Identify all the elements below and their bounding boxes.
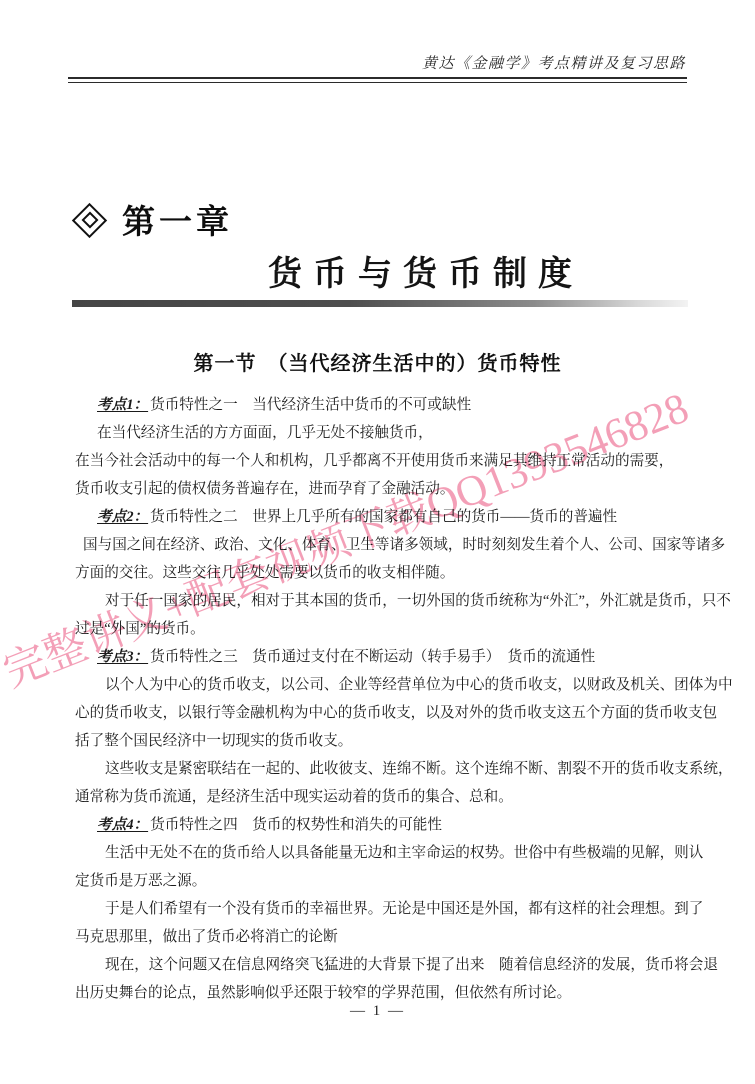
body-line: 现在，这个问题又在信息网络突飞猛进的大背景下提了出来 随着信息经济的发展，货币将… — [75, 951, 688, 979]
line-text: 括了整个国民经济中一切现实的货币收支。 — [75, 733, 352, 749]
body-line: 生活中无处不在的货币给人以具备能量无边和主宰命运的权势。世俗中有些极端的见解，则… — [75, 839, 688, 867]
line-text: 这些收支是紧密联结在一起的、此收彼支、连绵不断。这个连绵不断、割裂不开的货币收支… — [105, 761, 733, 777]
key-point-line: 考点2：货币特性之二 世界上几乎所有的国家都有自己的货币——货币的普遍性 — [75, 503, 688, 531]
line-text: 马克思那里，做出了货币必将消亡的论断 — [75, 929, 338, 945]
line-text: 货币特性之一 当代经济生活中货币的不可或缺性 — [150, 397, 471, 413]
body-line: 在当今社会活动中的每一个人和机构，几乎都离不开使用货币来满足其维持正常活动的需要… — [75, 447, 688, 475]
line-text: 心的货币收支，以银行等金融机构为中心的货币收支，以及对外的货币收支这五个方面的货… — [75, 705, 717, 721]
running-header: 黄达《金融学》考点精讲及复习思路 — [68, 52, 686, 73]
body-line: 对于任一国家的居民，相对于其本国的货币，一切外国的货币统称为“外汇”，外汇就是货… — [75, 587, 688, 615]
body-line: 过是“外国”的货币。 — [75, 615, 688, 643]
title-divider-bar — [72, 300, 688, 307]
body-line: 定货币是万恶之源。 — [75, 867, 688, 895]
body-line: 在当代经济生活的方方面面，几乎无处不接触货币， — [75, 419, 688, 447]
document-page: 完整讲义+配套视频下载QQ1393546828 黄达《金融学》考点精讲及复习思路… — [0, 0, 755, 1084]
line-text: 货币特性之二 世界上几乎所有的国家都有自己的货币——货币的普遍性 — [150, 509, 617, 525]
line-text: 定货币是万恶之源。 — [75, 873, 206, 889]
line-text: 现在，这个问题又在信息网络突飞猛进的大背景下提了出来 随着信息经济的发展，货币将… — [105, 957, 718, 973]
key-point-label: 考点2： — [97, 509, 148, 525]
line-text: 在当今社会活动中的每一个人和机构，几乎都离不开使用货币来满足其维持正常活动的需要… — [75, 453, 673, 469]
line-text: 于是人们希望有一个没有货币的幸福世界。无论是中国还是外国，都有这样的社会理想。到… — [105, 901, 703, 917]
body-line: 这些收支是紧密联结在一起的、此收彼支、连绵不断。这个连绵不断、割裂不开的货币收支… — [75, 755, 688, 783]
line-text: 通常称为货币流通，是经济生活中现实运动着的货币的集合、总和。 — [75, 789, 513, 805]
line-text: 货币特性之四 货币的权势性和消失的可能性 — [150, 817, 442, 833]
chapter-number: 第一章 — [122, 196, 233, 243]
body-line: 以个人为中心的货币收支，以公司、企业等经营单位为中心的货币收支，以财政及机关、团… — [75, 671, 688, 699]
body-line: 货币收支引起的债权债务普遍存在，进而孕育了金融活动。 — [75, 475, 688, 503]
line-text: 方面的交往。这些交往几乎处处需要以货币的收支相伴随。 — [75, 565, 454, 581]
line-text: 在当代经济生活的方方面面，几乎无处不接触货币， — [97, 425, 433, 441]
body-line: 国与国之间在经济、政治、文化、体育、卫生等诸多领域，时时刻刻发生着个人、公司、国… — [75, 531, 688, 559]
line-text: 出历史舞台的论点，虽然影响似乎还限于较窄的学界范围，但依然有所讨论。 — [75, 985, 571, 1001]
key-point-label: 考点4： — [97, 817, 148, 833]
chapter-title: 货币与货币制度 — [268, 246, 583, 295]
line-text: 以个人为中心的货币收支，以公司、企业等经营单位为中心的货币收支，以财政及机关、团… — [105, 677, 733, 693]
body-line: 心的货币收支，以银行等金融机构为中心的货币收支，以及对外的货币收支这五个方面的货… — [75, 699, 688, 727]
body-line: 方面的交往。这些交往几乎处处需要以货币的收支相伴随。 — [75, 559, 688, 587]
page-number: — 1 — — [0, 1003, 755, 1020]
line-text: 货币收支引起的债权债务普遍存在，进而孕育了金融活动。 — [75, 481, 454, 497]
section-title: 第一节 （当代经济生活中的）货币特性 — [0, 347, 755, 376]
key-point-line: 考点3：货币特性之三 货币通过支付在不断运动（转手易手） 货币的流通性 — [75, 643, 688, 671]
line-text: 对于任一国家的居民，相对于其本国的货币，一切外国的货币统称为“外汇”，外汇就是货… — [105, 593, 731, 609]
line-text: 国与国之间在经济、政治、文化、体育、卫生等诸多领域，时时刻刻发生着个人、公司、国… — [83, 537, 725, 553]
key-point-line: 考点1：货币特性之一 当代经济生活中货币的不可或缺性 — [75, 391, 688, 419]
line-text: 货币特性之三 货币通过支付在不断运动（转手易手） 货币的流通性 — [150, 649, 595, 665]
key-point-label: 考点1： — [97, 397, 148, 413]
body-line: 马克思那里，做出了货币必将消亡的论断 — [75, 923, 688, 951]
line-text: 过是“外国”的货币。 — [75, 621, 205, 637]
body-line: 括了整个国民经济中一切现实的货币收支。 — [75, 727, 688, 755]
key-point-label: 考点3： — [97, 649, 148, 665]
body-line: 通常称为货币流通，是经济生活中现实运动着的货币的集合、总和。 — [75, 783, 688, 811]
key-point-line: 考点4：货币特性之四 货币的权势性和消失的可能性 — [75, 811, 688, 839]
body-text: 考点1：货币特性之一 当代经济生活中货币的不可或缺性在当代经济生活的方方面面，几… — [75, 391, 688, 1007]
nested-diamond-icon — [72, 203, 106, 237]
line-text: 生活中无处不在的货币给人以具备能量无边和主宰命运的权势。世俗中有些极端的见解，则… — [105, 845, 703, 861]
chapter-heading: 第一章 — [72, 196, 233, 243]
header-double-rule — [68, 77, 687, 83]
body-line: 于是人们希望有一个没有货币的幸福世界。无论是中国还是外国，都有这样的社会理想。到… — [75, 895, 688, 923]
